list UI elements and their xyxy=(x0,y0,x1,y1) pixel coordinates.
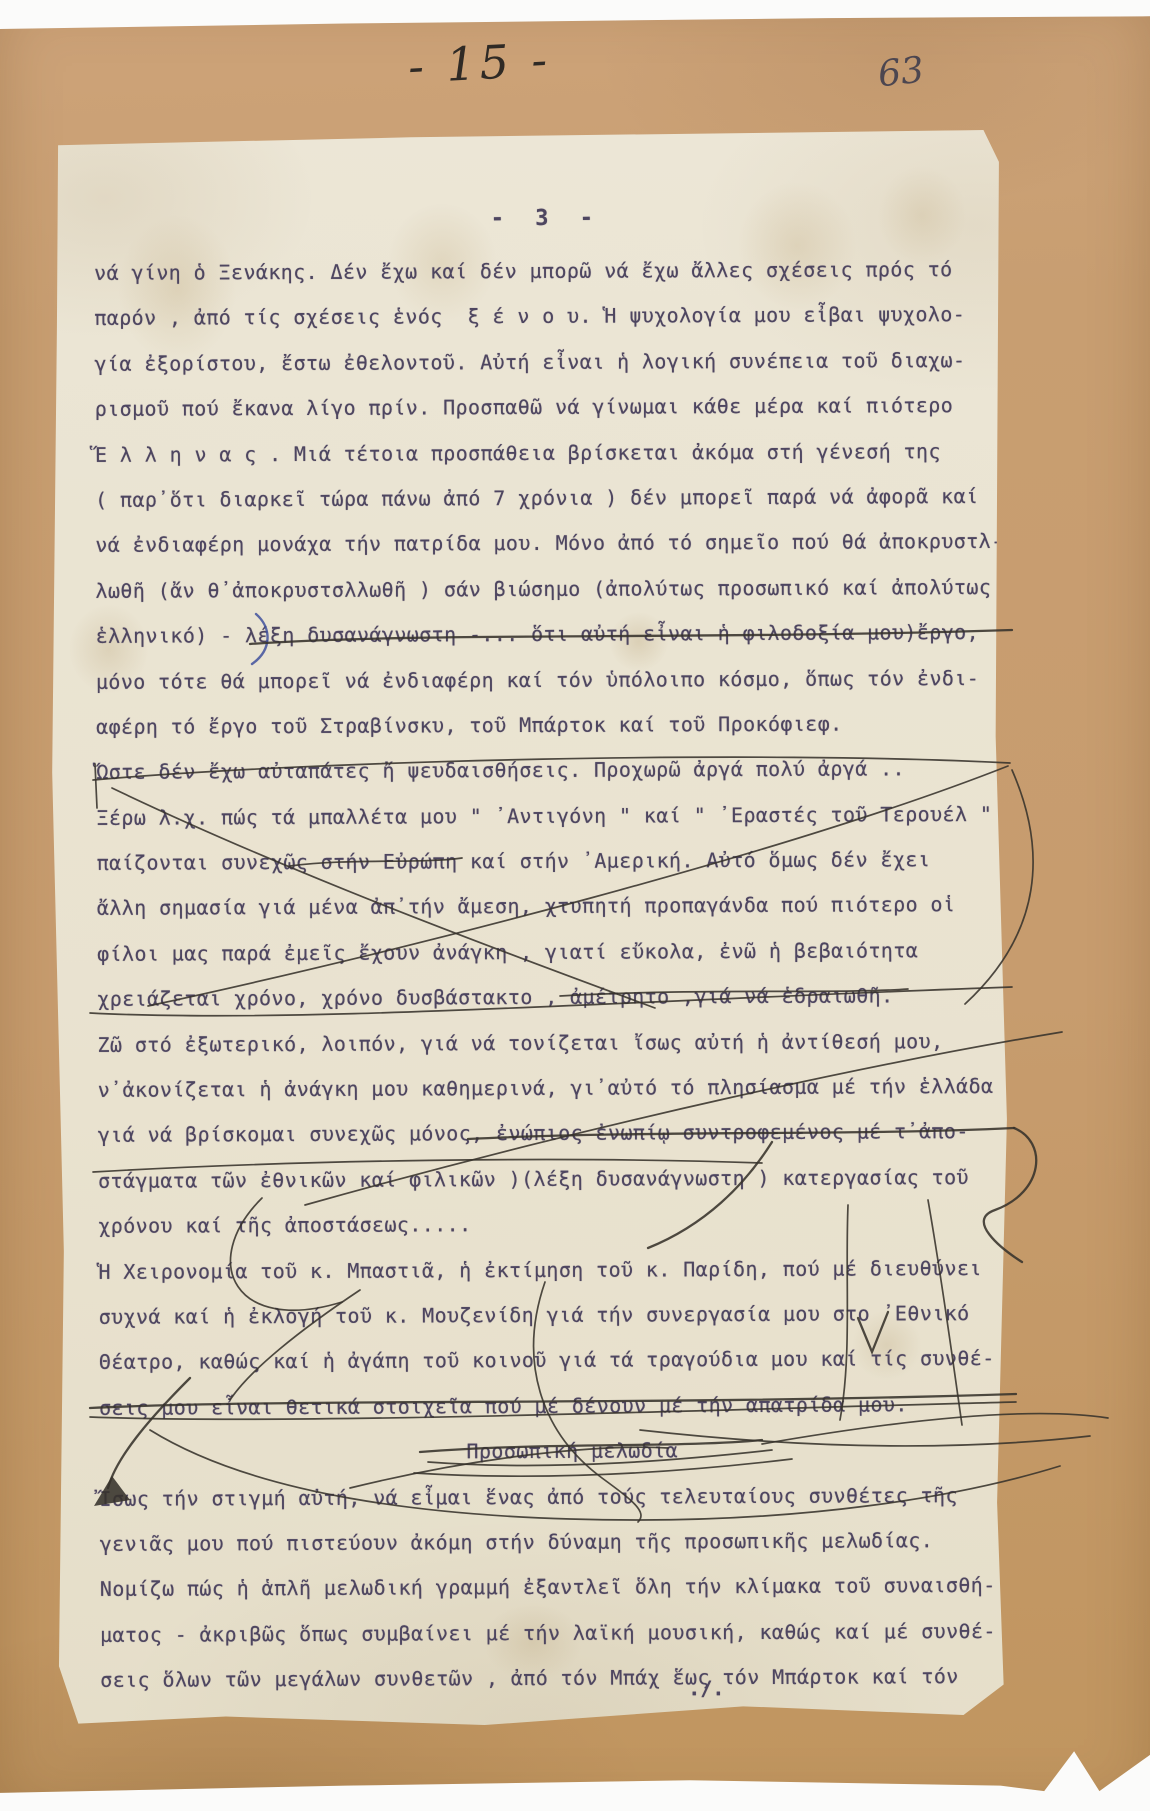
typed-line: λωθῆ (ἄν θ᾽ἀποκρυστσλλωθῆ ) σάν βιώσημο … xyxy=(95,565,1007,614)
typed-page: - 3 - νά γίνη ὁ Ξενάκης. Δέν ἔχω καί δέν… xyxy=(47,130,1012,1730)
typed-line: Ἴσως τήν στιγμή αὐτή, νά εἶμαι ἕνας ἀπό … xyxy=(99,1472,1011,1521)
typed-line: αφέρη τό ἔργο τοῦ Στραβίνσκυ, τοῦ Μπάρτο… xyxy=(96,701,1008,750)
typed-line: παρόν , ἀπό τίς σχέσεις ἑνός ξ έ ν ο υ. … xyxy=(94,292,1006,341)
typed-line: Ἕ λ λ η ν α ς . Μιά τέτοια προσπάθεια βρ… xyxy=(95,428,1007,477)
typed-line: στάγματα τῶν ἐθνικῶν καί φιλικῶν )(λέξη … xyxy=(98,1155,1010,1204)
typed-line: νά γίνη ὁ Ξενάκης. Δέν ἔχω καί δέν μπορῶ… xyxy=(94,247,1006,296)
typed-line: παίζονται συνεχῶς στήν Εὐρώπη καί στήν ᾽… xyxy=(97,837,1009,886)
typed-line: Ἡ Χειρονομία τοῦ κ. Μπαστιᾶ, ἡ ἐκτίμηση … xyxy=(98,1245,1010,1294)
section-heading: Προσωπική μελωδία xyxy=(99,1427,1011,1476)
typed-line: ματος - ἀκριβῶς ὅπως συμβαίνει μέ τήν λα… xyxy=(100,1609,1012,1658)
typed-line: Ὥστε δέν ἔχω αὐταπάτες ἤ ψευδαισθήσεις. … xyxy=(96,746,1008,795)
typed-line: χρειάζεται χρόνο, χρόνο δυσβάστακτο , ἀμ… xyxy=(97,973,1009,1022)
typed-page-number: - 3 - xyxy=(94,204,999,233)
typed-line: χρόνου καί τῆς ἀποστάσεως..... xyxy=(98,1200,1010,1249)
typed-lines: νά γίνη ὁ Ξενάκης. Δέν ἔχω καί δέν μπορῶ… xyxy=(94,247,1012,1703)
typed-line: γιά νά βρίσκομαι συνεχῶς μόνος, ἐνώπιος … xyxy=(98,1109,1010,1158)
typed-line: Ξέρω λ.χ. πώς τά μπαλλέτα μου " ᾽Αντιγόν… xyxy=(96,792,1008,841)
typed-line: ρισμοῦ πού ἔκανα λίγο πρίν. Προσπαθῶ νά … xyxy=(95,383,1007,432)
document-scan: { "scan": { "handwritten_page_number": "… xyxy=(0,0,1150,1811)
typed-line: Ζῶ στό ἐξωτερικό, λοιπόν, γιά νά τονίζετ… xyxy=(97,1019,1009,1068)
typed-line: συχνά καί ἡ ἐκλογή τοῦ κ. Μουζενίδη γιά … xyxy=(99,1291,1011,1340)
typed-line: γενιᾶς μου πού πιστεύουν ἀκόμη στήν δύνα… xyxy=(100,1518,1012,1567)
handwritten-page-number: - 15 - xyxy=(407,28,630,93)
typed-line: φίλοι μας παρά ἐμεῖς ἔχουν ἀνάγκη , γιατ… xyxy=(97,928,1009,977)
typed-line: Νομίζω πώς ἡ ἁπλῆ μελωδική γραμμή ἐξαντλ… xyxy=(100,1563,1012,1612)
typed-line: ν᾽ἀκονίζεται ἡ ἀνάγκη μου καθημερινά, γι… xyxy=(98,1064,1010,1113)
typed-line: νά ἐνδιαφέρη μονάχα τήν πατρίδα μου. Μόν… xyxy=(95,519,1007,568)
typed-line: μόνο τότε θά μπορεῖ νά ἐνδιαφέρη καί τόν… xyxy=(96,655,1008,704)
typed-line: γία ἐξορίστου, ἔστω ἐθελοντοῦ. Αὐτή εἶνα… xyxy=(94,338,1006,387)
typed-line: σεις μου εἶναι θετικά στοιχεῖα πού μέ δέ… xyxy=(99,1382,1011,1431)
typed-line: ἑλληνικό) - λέξη δυσανάγνωστη -... ὅτι α… xyxy=(96,610,1008,659)
typed-line: Θέατρο, καθώς καί ἡ ἀγάπη τοῦ κοινοῦ γιά… xyxy=(99,1336,1011,1385)
corner-number: 63 xyxy=(876,50,926,96)
typed-line: ( παρ᾽ὅτι διαρκεῖ τώρα πάνω ἀπό 7 χρόνια… xyxy=(95,474,1007,523)
typed-line: ἄλλη σημασία γιά μένα ἀπ᾽τήν ἄμεση, χτυπ… xyxy=(97,882,1009,931)
